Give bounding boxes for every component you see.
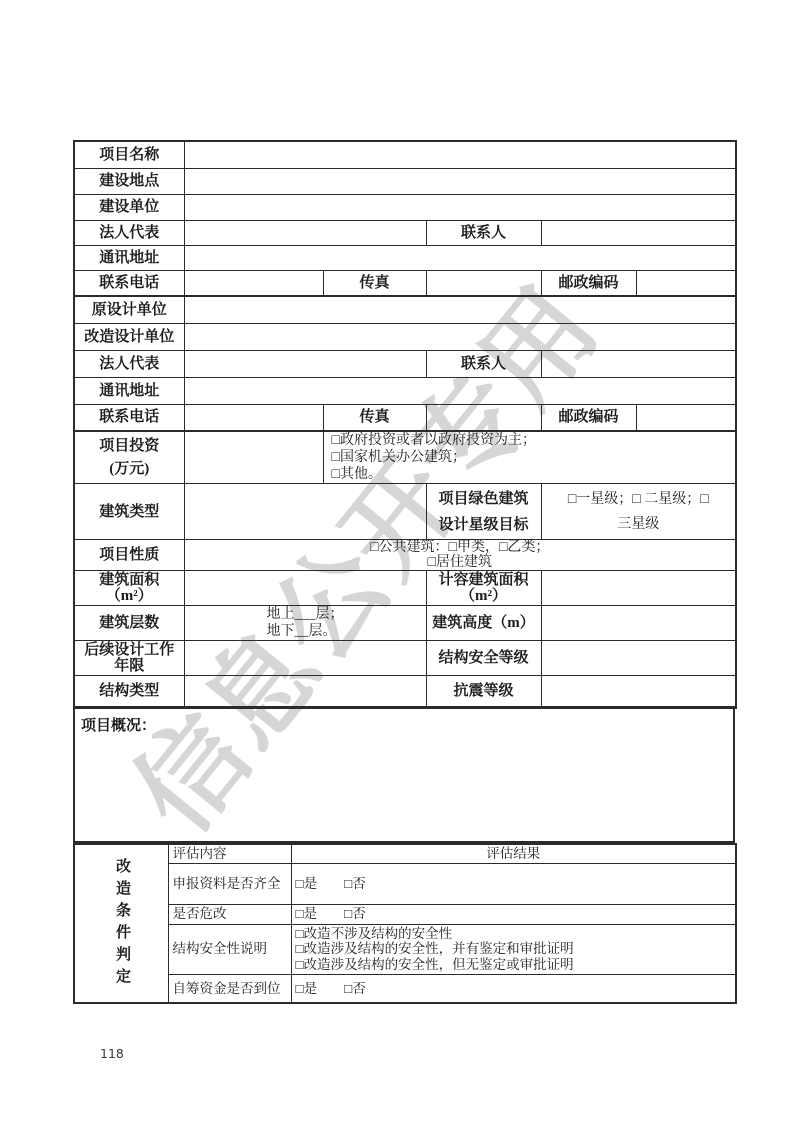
- investment-option-checkbox-3: □其他。: [332, 466, 731, 483]
- investment-option-checkbox-2: □国家机关办公建筑；: [332, 449, 731, 466]
- input-cell-retrofit-design-unit: [184, 323, 736, 350]
- floors-below-ground-line: 地下__层。: [267, 623, 344, 640]
- field-label-green-building-target: 项目绿色建筑 设计星级目标: [426, 484, 541, 540]
- assessment-row-label-materials-complete: 申报资料是否齐全: [168, 863, 291, 904]
- field-label-contact-phone-1: 联系电话: [74, 270, 184, 296]
- remaining-design-life-line2: 年限: [77, 658, 182, 674]
- page-number: 118: [100, 1046, 124, 1061]
- assessment-section-label-cell: 改造条件判定: [74, 844, 168, 1003]
- field-label-retrofit-design-unit: 改造设计单位: [74, 323, 184, 350]
- input-cell-remaining-design-life: [184, 641, 426, 676]
- project-info-table: 项目名称 建设地点 建设单位 法人代表 联系人 通讯地址 联系电话 传真 邮政编…: [73, 140, 737, 709]
- investment-options-cell: □政府投资或者以政府投资为主； □国家机关办公建筑； □其他。: [323, 431, 736, 484]
- green-target-line2: 设计星级目标: [429, 512, 539, 538]
- assessment-result-dangerous-retrofit: □是 □否: [291, 904, 736, 924]
- field-label-building-height: 建筑高度（m）: [426, 606, 541, 641]
- field-label-project-nature: 项目性质: [74, 540, 184, 571]
- input-cell-mailing-address-1: [184, 245, 736, 270]
- floor-area-line2: （m²）: [77, 588, 182, 604]
- structural-safety-option-2: □改造涉及结构的安全性，并有鉴定和审批证明: [296, 941, 732, 957]
- assessment-result-structural-safety: □改造不涉及结构的安全性 □改造涉及结构的安全性，并有鉴定和审批证明 □改造涉及…: [291, 924, 736, 974]
- investment-option-checkbox-1: □政府投资或者以政府投资为主；: [332, 432, 731, 449]
- field-label-contact-person-1: 联系人: [426, 220, 541, 245]
- building-floors-cell: 地上___层； 地下__层。: [184, 606, 426, 641]
- field-label-fax-2: 传真: [323, 404, 426, 431]
- plot-floor-area-line2: （m²）: [429, 588, 539, 604]
- floor-area-line1: 建筑面积: [77, 572, 182, 588]
- investment-label-line1: 项目投资: [77, 435, 182, 458]
- field-label-project-name: 项目名称: [74, 141, 184, 168]
- green-star-checkboxes-line2: 三星级: [547, 512, 731, 537]
- assessment-result-self-funding: □是 □否: [291, 974, 736, 1003]
- green-star-checkboxes-line1: □一星级；□ 二星级；□: [547, 487, 731, 512]
- project-nature-options-cell: □公共建筑：□甲类，□乙类； □居住建筑: [184, 540, 736, 571]
- input-cell-construction-unit: [184, 194, 736, 220]
- input-cell-legal-representative-2: [184, 350, 426, 377]
- assessment-header-content: 评估内容: [168, 844, 291, 863]
- input-cell-postal-code-2: [636, 404, 736, 431]
- field-label-postal-code-1: 邮政编码: [541, 270, 636, 296]
- remaining-design-life-line1: 后续设计工作: [77, 642, 182, 658]
- input-cell-legal-representative-1: [184, 220, 426, 245]
- input-cell-building-height: [541, 606, 736, 641]
- plot-floor-area-line1: 计容建筑面积: [429, 572, 539, 588]
- input-cell-postal-code-1: [636, 270, 736, 296]
- field-label-fax-1: 传真: [323, 270, 426, 296]
- floors-fill-in: 地上___层； 地下__层。: [267, 606, 344, 640]
- green-target-line1: 项目绿色建筑: [429, 486, 539, 512]
- input-cell-project-name: [184, 141, 736, 168]
- field-label-mailing-address-1: 通讯地址: [74, 245, 184, 270]
- structural-safety-option-1: □改造不涉及结构的安全性: [296, 926, 732, 942]
- input-cell-contact-phone-2: [184, 404, 323, 431]
- input-cell-investment: [184, 431, 323, 484]
- field-label-postal-code-2: 邮政编码: [541, 404, 636, 431]
- field-label-original-design-unit: 原设计单位: [74, 296, 184, 323]
- field-label-legal-representative-2: 法人代表: [74, 350, 184, 377]
- field-label-building-floors: 建筑层数: [74, 606, 184, 641]
- structural-safety-option-3: □改造涉及结构的安全性，但无鉴定或审批证明: [296, 957, 732, 973]
- assessment-result-materials-complete: □是 □否: [291, 863, 736, 904]
- field-label-structure-type: 结构类型: [74, 676, 184, 708]
- input-cell-contact-person-2: [541, 350, 736, 377]
- field-label-seismic-grade: 抗震等级: [426, 676, 541, 708]
- input-cell-structural-safety-grade: [541, 641, 736, 676]
- field-label-remaining-design-life: 后续设计工作 年限: [74, 641, 184, 676]
- field-label-construction-site: 建设地点: [74, 168, 184, 194]
- field-label-plot-floor-area: 计容建筑面积 （m²）: [426, 571, 541, 606]
- input-cell-building-type: [184, 484, 426, 540]
- input-cell-original-design-unit: [184, 296, 736, 323]
- assessment-header-result: 评估结果: [291, 844, 736, 863]
- assessment-section-label: 改造条件判定: [114, 858, 130, 990]
- project-overview-box: 项目概况：: [73, 706, 735, 843]
- green-star-options-cell: □一星级；□ 二星级；□ 三星级: [541, 484, 736, 540]
- field-label-investment: 项目投资 (万元): [74, 431, 184, 484]
- retrofit-assessment-table: 改造条件判定 评估内容 评估结果 申报资料是否齐全 □是 □否 是否危改 □是 …: [73, 843, 737, 1004]
- assessment-row-label-structural-safety: 结构安全性说明: [168, 924, 291, 974]
- field-label-mailing-address-2: 通讯地址: [74, 377, 184, 404]
- input-cell-seismic-grade: [541, 676, 736, 708]
- project-nature-checkboxes-line1: □公共建筑：□甲类，□乙类；: [190, 540, 731, 555]
- assessment-row-label-dangerous-retrofit: 是否危改: [168, 904, 291, 924]
- field-label-building-type: 建筑类型: [74, 484, 184, 540]
- investment-label-line2: (万元): [77, 458, 182, 481]
- project-nature-checkboxes-line2: □居住建筑: [190, 555, 731, 570]
- field-label-construction-unit: 建设单位: [74, 194, 184, 220]
- field-label-contact-person-2: 联系人: [426, 350, 541, 377]
- input-cell-floor-area: [184, 571, 426, 606]
- document-page: 信息公开专用 项目名称 建设地点 建设单位 法人代表 联系人 通讯地址: [0, 0, 800, 1131]
- input-cell-mailing-address-2: [184, 377, 736, 404]
- assessment-row-label-self-funding: 自筹资金是否到位: [168, 974, 291, 1003]
- field-label-contact-phone-2: 联系电话: [74, 404, 184, 431]
- input-cell-contact-person-1: [541, 220, 736, 245]
- floors-above-ground-line: 地上___层；: [267, 606, 344, 623]
- input-cell-contact-phone-1: [184, 270, 323, 296]
- input-cell-plot-floor-area: [541, 571, 736, 606]
- input-cell-fax-2: [426, 404, 541, 431]
- project-overview-label: 项目概况：: [75, 708, 733, 741]
- input-cell-structure-type: [184, 676, 426, 708]
- input-cell-construction-site: [184, 168, 736, 194]
- field-label-legal-representative-1: 法人代表: [74, 220, 184, 245]
- field-label-floor-area: 建筑面积 （m²）: [74, 571, 184, 606]
- field-label-structural-safety-grade: 结构安全等级: [426, 641, 541, 676]
- input-cell-fax-1: [426, 270, 541, 296]
